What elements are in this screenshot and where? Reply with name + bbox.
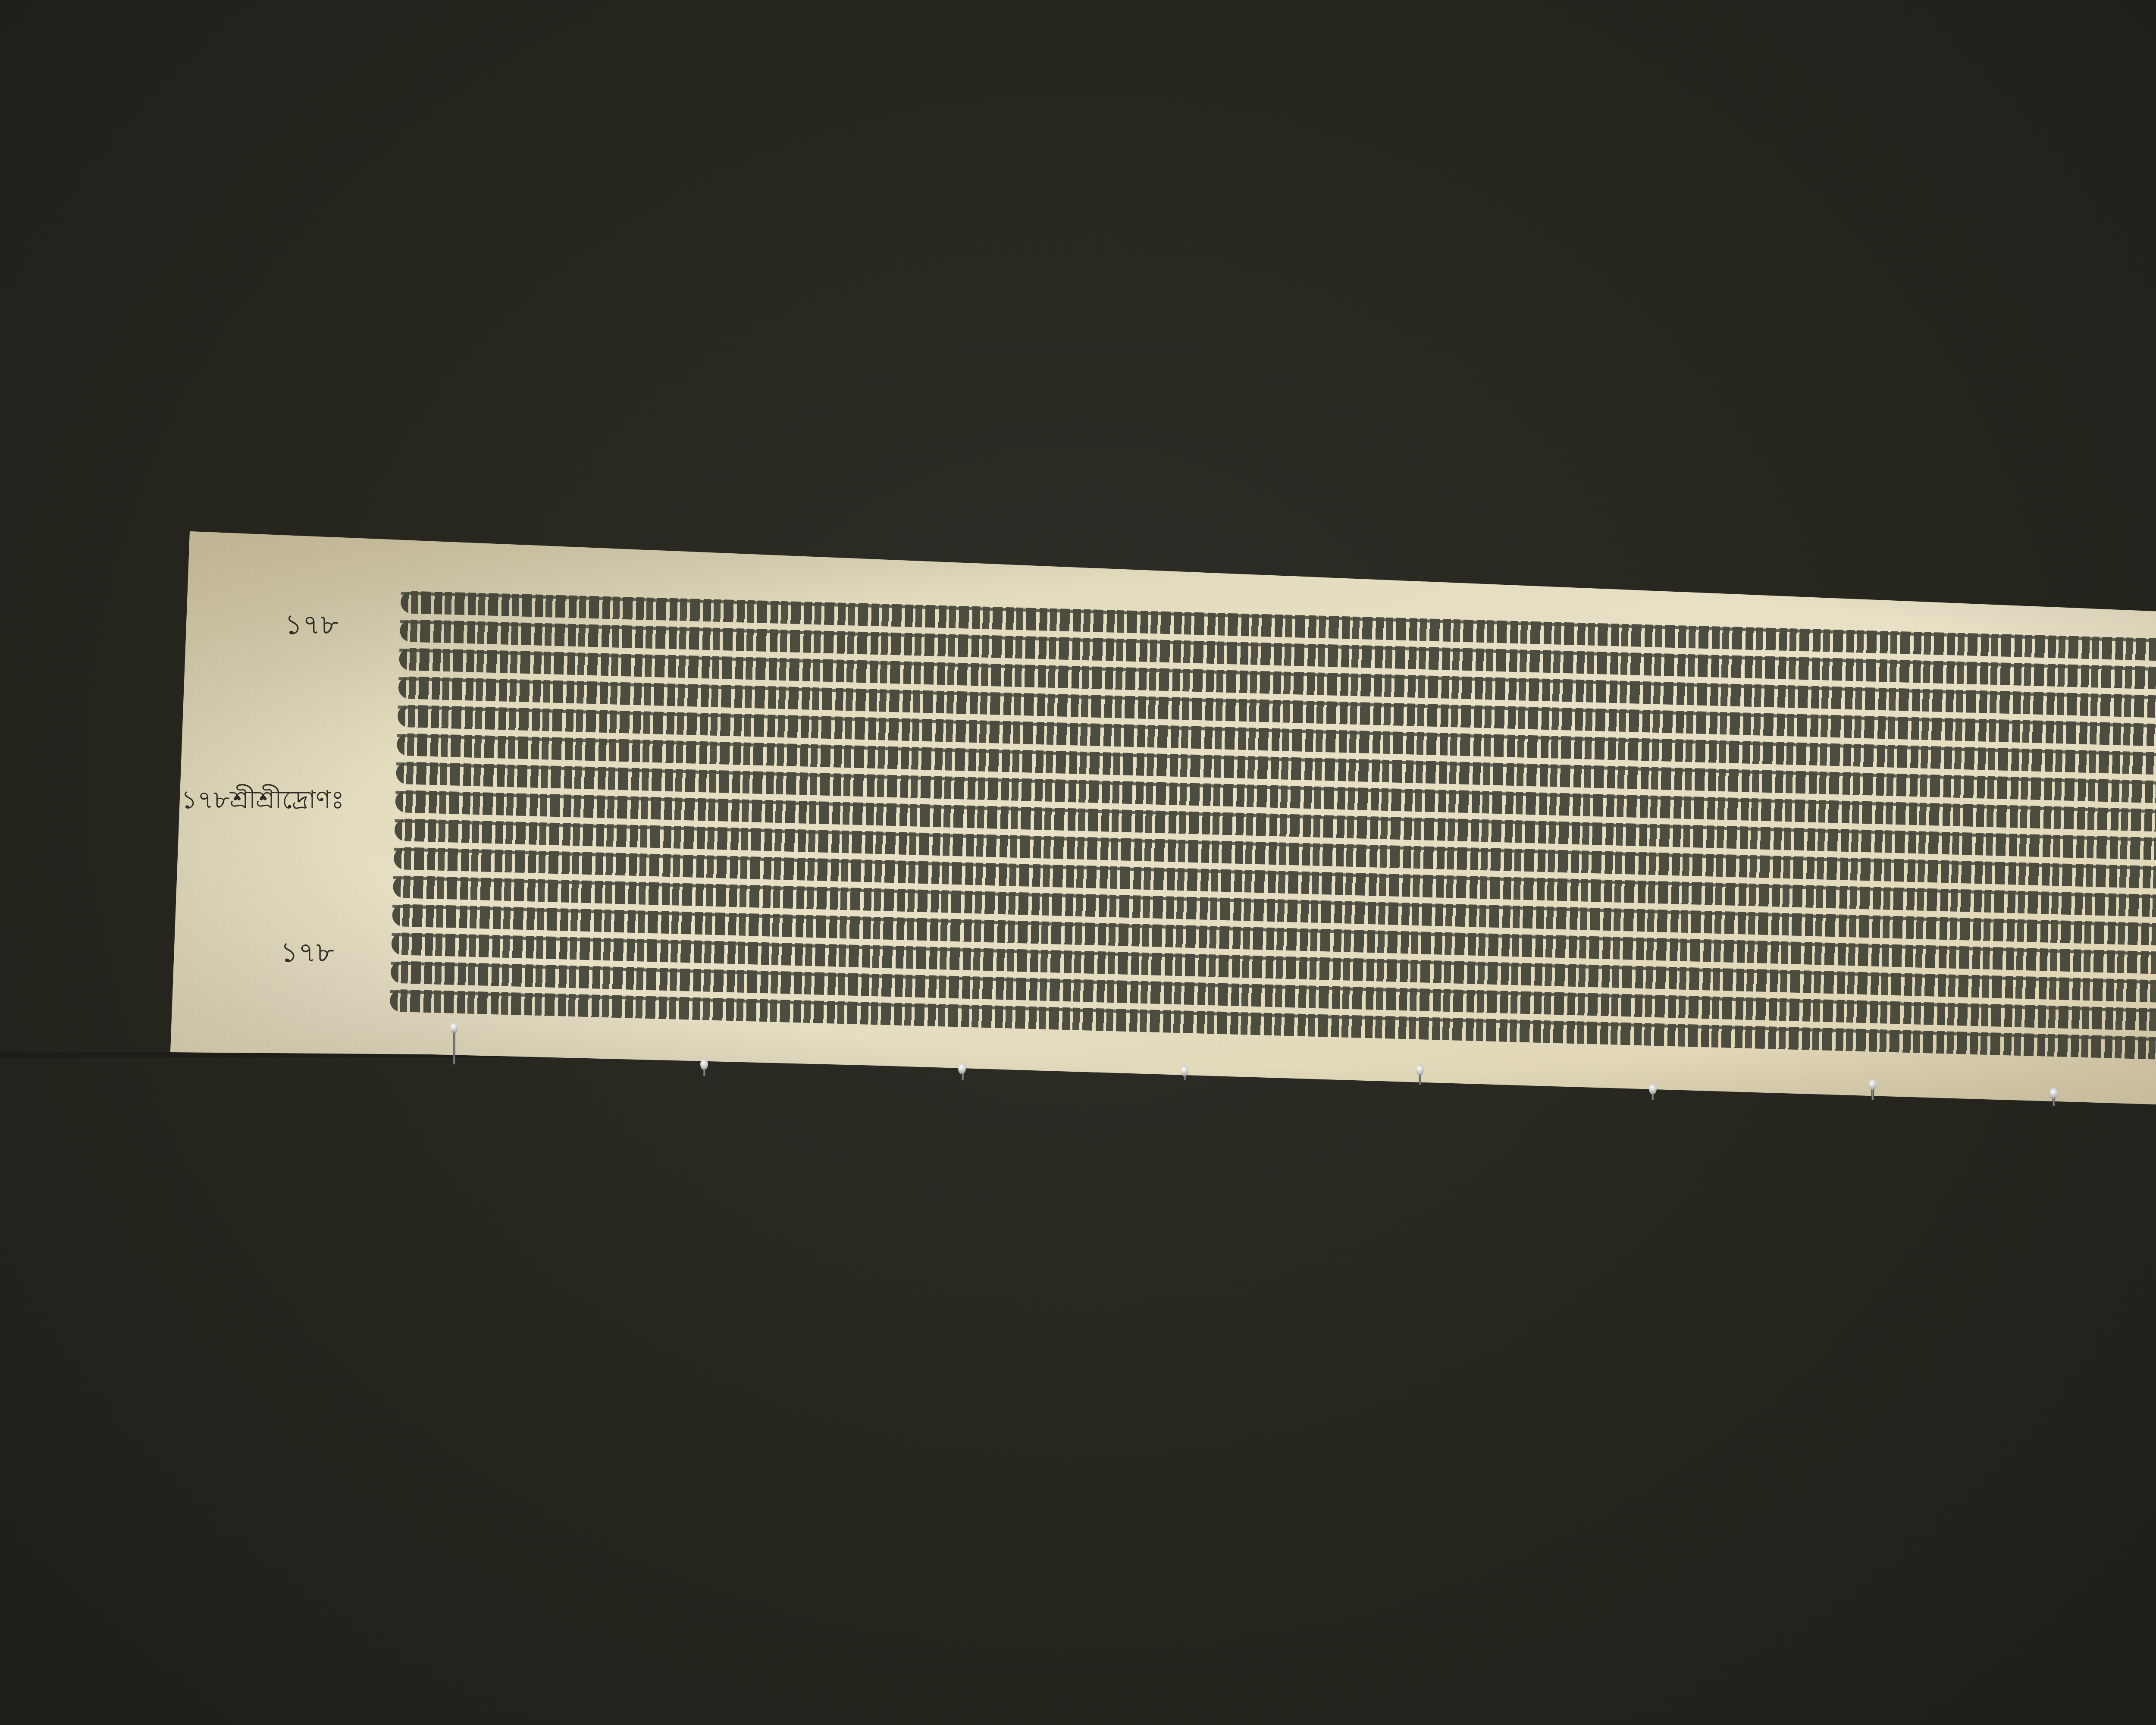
manuscript-leaf: ১৭৮ ১৭৮শ্রীশ্রীদ্রোণঃ ১৭৮ ১৭৮ ১৭৮-শ্রঃ৫০… [0, 0, 2156, 1725]
manuscript-text-body [389, 591, 2156, 1079]
folio-label-left-middle: ১৭৮শ্রীশ্রীদ্রোণঃ [181, 781, 344, 822]
folio-number-left-bottom: ১৭৮ [280, 931, 334, 978]
folio-number-left-top: ১৭৮ [285, 604, 338, 650]
